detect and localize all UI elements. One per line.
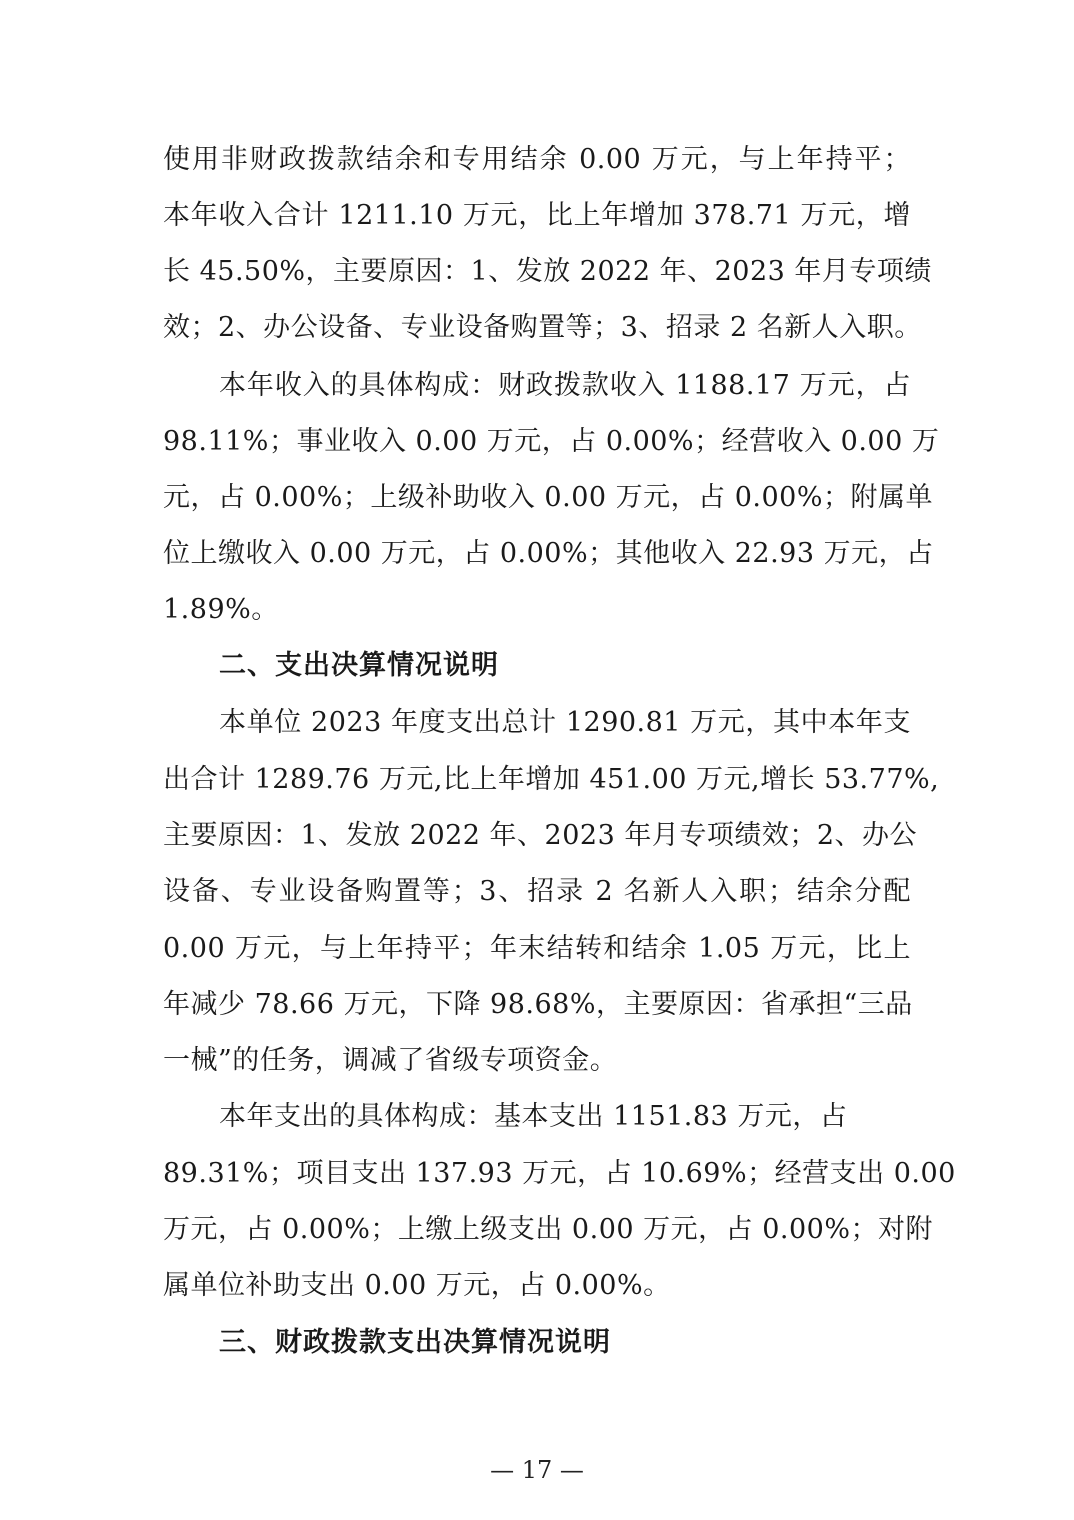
text-line: 年减少 78.66 万元，下降 98.68%，主要原因：省承担“三品 bbox=[163, 985, 911, 1025]
text-line: 一械”的任务，调减了省级专项资金。 bbox=[163, 1041, 911, 1081]
text-line: 元，占 0.00%；上级补助收入 0.00 万元，占 0.00%；附属单 bbox=[163, 478, 911, 518]
text-line: 主要原因：1、发放 2022 年、2023 年月专项绩效；2、办公 bbox=[163, 816, 911, 856]
text-line: 长 45.50%，主要原因：1、发放 2022 年、2023 年月专项绩 bbox=[163, 252, 911, 292]
text-line: 98.11%；事业收入 0.00 万元，占 0.00%；经营收入 0.00 万 bbox=[163, 422, 911, 462]
text-line: 0.00 万元，与上年持平；年末结转和结余 1.05 万元，比上 bbox=[163, 929, 911, 969]
text-line: 本年支出的具体构成：基本支出 1151.83 万元，占 bbox=[219, 1097, 911, 1137]
text-line: 万元，占 0.00%；上缴上级支出 0.00 万元，占 0.00%；对附 bbox=[163, 1210, 911, 1250]
section-heading-fiscal-appropriation: 三、财政拨款支出决算情况说明 bbox=[219, 1323, 611, 1363]
text-line: 本年收入的具体构成：财政拨款收入 1188.17 万元，占 bbox=[219, 366, 911, 406]
text-line: 使用非财政拨款结余和专用结余 0.00 万元，与上年持平； bbox=[163, 140, 911, 180]
text-line: 出合计 1289.76 万元,比上年增加 451.00 万元,增长 53.77%… bbox=[163, 760, 911, 800]
text-line: 位上缴收入 0.00 万元，占 0.00%；其他收入 22.93 万元，占 bbox=[163, 534, 911, 574]
text-line: 1.89%。 bbox=[163, 590, 911, 630]
text-line: 本年收入合计 1211.10 万元，比上年增加 378.71 万元，增 bbox=[163, 196, 911, 236]
text-line: 效；2、办公设备、专业设备购置等；3、招录 2 名新人入职。 bbox=[163, 308, 911, 348]
text-line: 本单位 2023 年度支出总计 1290.81 万元，其中本年支 bbox=[219, 703, 911, 743]
text-line: 设备、专业设备购置等；3、招录 2 名新人入职；结余分配 bbox=[163, 872, 911, 912]
text-line: 89.31%；项目支出 137.93 万元，占 10.69%；经营支出 0.00 bbox=[163, 1154, 911, 1194]
section-heading-expenditure: 二、支出决算情况说明 bbox=[219, 646, 499, 686]
page-number: — 17 — bbox=[0, 1455, 1074, 1485]
text-line: 属单位补助支出 0.00 万元，占 0.00%。 bbox=[163, 1266, 911, 1306]
document-page: 使用非财政拨款结余和专用结余 0.00 万元，与上年持平； 本年收入合计 121… bbox=[0, 0, 1074, 1520]
